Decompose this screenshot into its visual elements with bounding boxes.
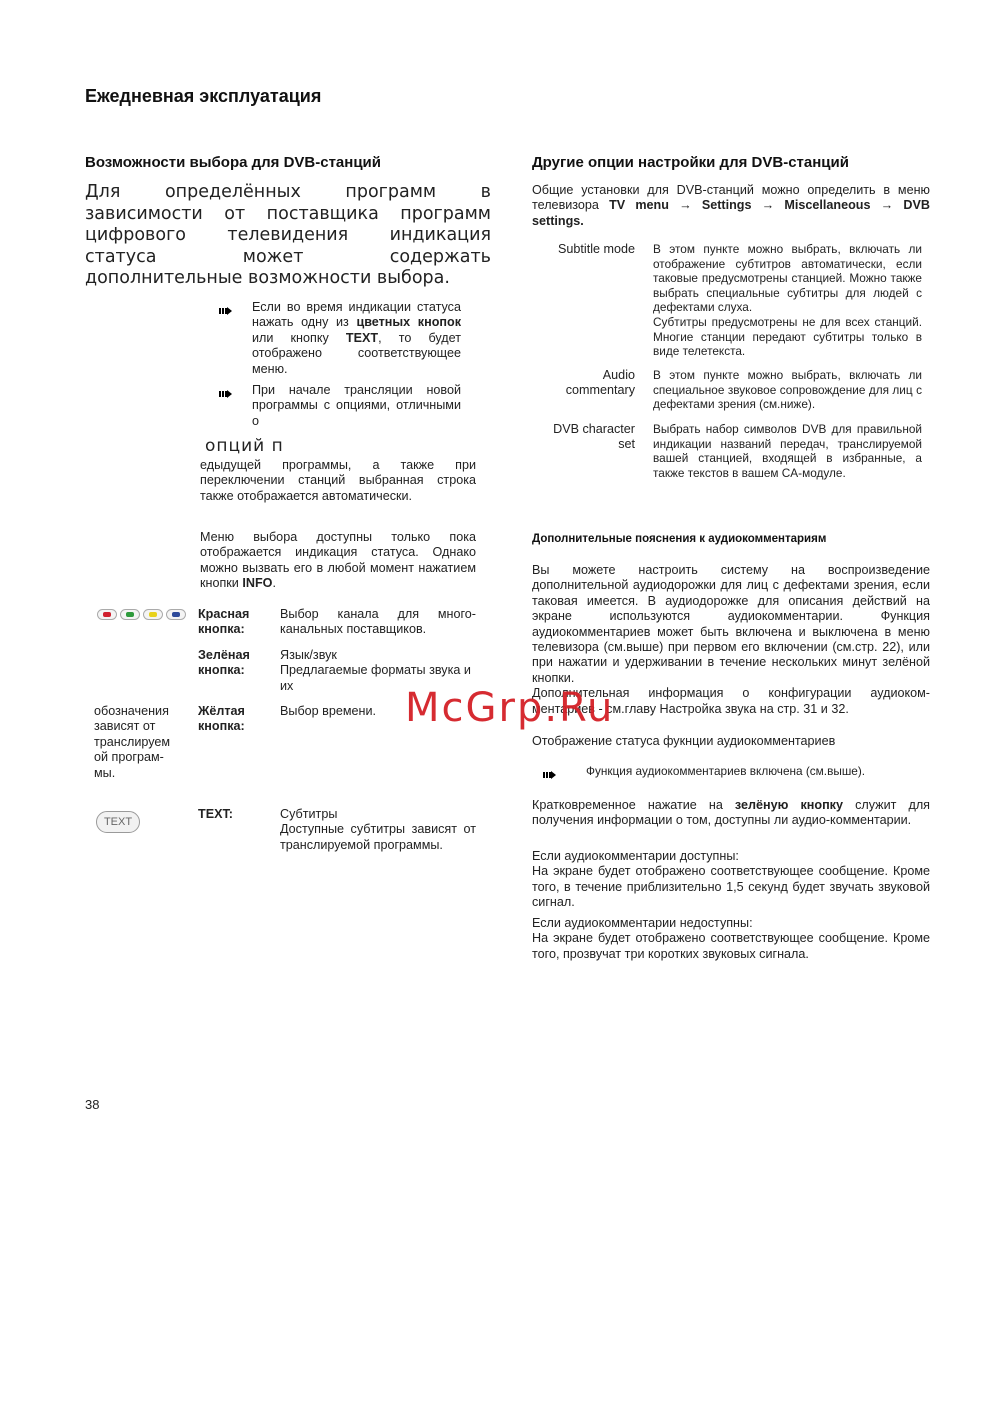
green-button-label: Зелёная кнопка:: [198, 648, 270, 679]
note-colored-buttons: Если во время индикации статуса нажать о…: [252, 300, 461, 377]
audio-subheading: Дополнительные пояснения к аудиокоммента…: [532, 533, 826, 545]
unavailable-title: Если аудиокомментарии недоступны:: [532, 916, 930, 931]
menu-availability-note: Меню выбора доступны только пока отображ…: [200, 530, 476, 592]
note-arrow-icon: [219, 390, 233, 398]
option-desc: Субтитры предусмотрены не для всех станц…: [653, 315, 922, 359]
option-desc-audio-commentary: В этом пункте можно выбрать, включать ли…: [653, 368, 922, 412]
status-heading: Отображение статуса фукнции аудиокоммент…: [532, 734, 835, 749]
text-button-icon: TEXT: [96, 811, 140, 833]
page-title: Ежедневная эксплуатация: [85, 86, 321, 107]
note-emphasis: TEXT: [346, 331, 378, 345]
green-button-paragraph: Кратковременное нажатие на зелёную кнопк…: [532, 798, 930, 829]
blue-button-icon: [166, 609, 186, 620]
status-note: Функция аудиокомментариев включена (см.в…: [586, 764, 865, 779]
text-button-label: TEXT:: [198, 807, 270, 822]
note-text: .: [272, 576, 276, 590]
settings-intro: Общие установки для DVB-станций можно оп…: [532, 183, 930, 229]
available-title: Если аудиокомментарии доступны:: [532, 849, 930, 864]
unavailable-text: На экране будет отображено соответствующ…: [532, 931, 930, 962]
note-emphasis: цветных кнопок: [356, 315, 461, 329]
option-label-subtitle-mode: Subtitle mode: [535, 242, 635, 257]
option-label-dvb-character-set: DVB character set: [535, 422, 635, 453]
red-button-icon: [97, 609, 117, 620]
page-number: 38: [85, 1097, 99, 1112]
info-key: INFO: [242, 576, 272, 590]
paragraph-text: Кратковременное нажатие на: [532, 798, 735, 812]
green-key: зелёную кнопку: [735, 798, 843, 812]
green-button-icon: [120, 609, 140, 620]
paragraph-text: Вы можете настроить систему на воспроизв…: [532, 563, 930, 686]
option-desc-subtitle-mode: В этом пункте можно выбрать, включать ли…: [653, 242, 922, 359]
side-note: обозначения зависят от транслируем ой пр…: [94, 704, 180, 781]
left-section-heading: Возможности выбора для DVB-станций: [85, 154, 381, 171]
option-label-audio-commentary: Audio commentary: [535, 368, 635, 399]
available-text: На экране будет отображено соответствующ…: [532, 864, 930, 910]
available-block: Если аудиокомментарии доступны: На экран…: [532, 849, 930, 911]
note-arrow-icon: [219, 307, 233, 315]
red-button-desc: Выбор канала для много-канальных поставщ…: [280, 607, 476, 638]
unavailable-block: Если аудиокомментарии недоступны: На экр…: [532, 916, 930, 962]
yellow-button-icon: [143, 609, 163, 620]
lead-paragraph: Для определённых программ в зависимости …: [85, 182, 491, 290]
note-text: или кнопку: [252, 331, 346, 345]
yellow-button-label: Жёлтая кнопка:: [198, 704, 270, 735]
note-arrow-icon: [543, 771, 557, 779]
text-fragment-large: опций п: [205, 436, 284, 456]
right-section-heading: Другие опции настройки для DVB-станций: [532, 154, 849, 171]
option-desc: В этом пункте можно выбрать, включать ли…: [653, 242, 922, 315]
option-desc-dvb-character-set: Выбрать набор символов DVB для правильно…: [653, 422, 922, 480]
fragment-continuation: едыдущей программы, а также при переключ…: [200, 458, 476, 504]
red-button-label: Красная кнопка:: [198, 607, 270, 638]
note-new-program: При начале трансляции новой программы с …: [252, 383, 461, 429]
text-button-desc: Субтитры Доступные субтитры зависят от т…: [280, 807, 476, 853]
watermark: McGrp.Ru: [405, 685, 614, 731]
